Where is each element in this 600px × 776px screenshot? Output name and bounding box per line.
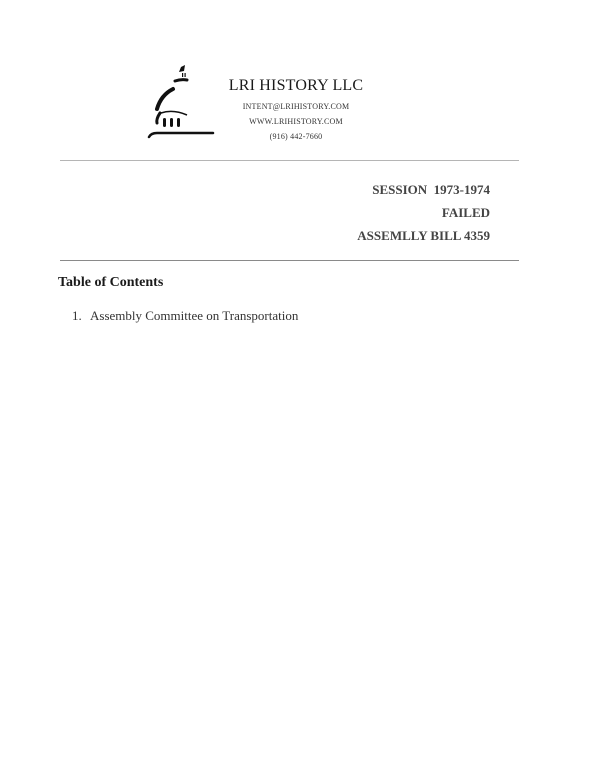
company-phone: (916) 442-7660 [226, 129, 366, 144]
company-name: LRI HISTORY LLC [226, 76, 366, 96]
toc-item-number: 1. [72, 308, 90, 324]
toc-item-label: Assembly Committee on Transportation [90, 308, 298, 324]
company-email: INTENT@LRIHISTORY.COM [226, 99, 366, 114]
company-info: LRI HISTORY LLC INTENT@LRIHISTORY.COM WW… [226, 76, 366, 144]
company-website: WWW.LRIHISTORY.COM [226, 114, 366, 129]
section-divider [60, 260, 519, 261]
session-label: SESSION 1973-1974 [357, 178, 490, 201]
capitol-dome-icon [143, 63, 219, 141]
bill-info: SESSION 1973-1974 FAILED ASSEMLLY BILL 4… [357, 178, 490, 247]
toc-heading: Table of Contents [58, 275, 163, 291]
header-divider [60, 160, 519, 161]
toc-item[interactable]: 1. Assembly Committee on Transportation [72, 308, 298, 324]
toc-list: 1. Assembly Committee on Transportation [72, 308, 298, 324]
status-label: FAILED [357, 201, 490, 224]
bill-label: ASSEMLLY BILL 4359 [357, 224, 490, 247]
